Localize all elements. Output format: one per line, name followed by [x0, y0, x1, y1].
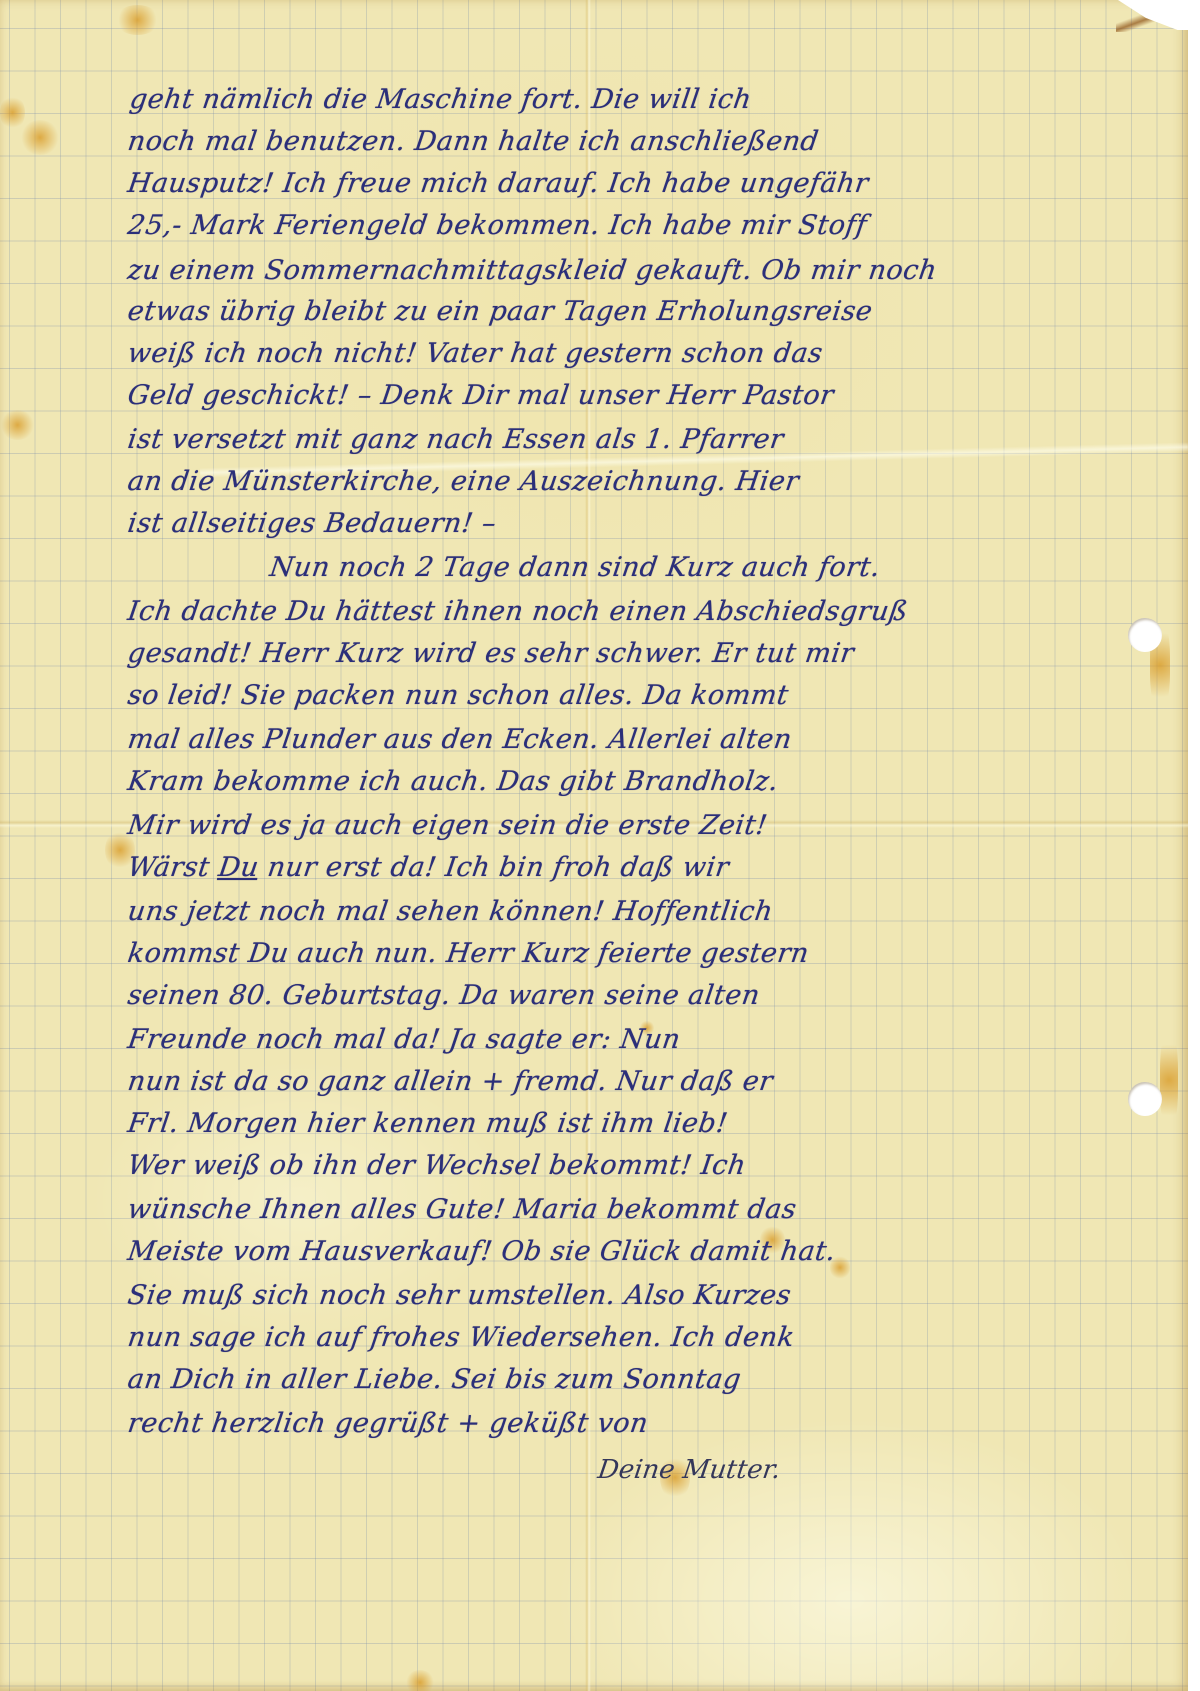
letter-line: seinen 80. Geburtstag. Da waren seine al… [126, 980, 762, 1011]
letter-line: Freunde noch mal da! Ja sagte er: Nun [126, 1024, 683, 1055]
letter-line: Wer weiß ob ihn der Wechsel bekommt! Ich [126, 1150, 748, 1181]
signature: Deine Mutter. [596, 1455, 783, 1485]
letter-line: so leid! Sie packen nun schon alles. Da … [126, 680, 791, 711]
underlined-word: Du [217, 852, 261, 883]
letter-line: Kram bekomme ich auch. Das gibt Brandhol… [126, 766, 781, 797]
letter-line-text: nur erst da! Ich bin froh daß wir [257, 852, 732, 883]
letter-line: nun sage ich auf frohes Wiedersehen. Ich… [126, 1322, 797, 1353]
letter-line: ist allseitiges Bedauern! – [126, 508, 499, 539]
letter-line: mal alles Plunder aus den Ecken. Allerle… [126, 724, 794, 755]
letter-line: nun ist da so ganz allein + fremd. Nur d… [126, 1066, 775, 1097]
letter-line: Sie muß sich noch sehr umstellen. Also K… [126, 1280, 793, 1311]
letter-line: etwas übrig bleibt zu ein paar Tagen Erh… [126, 296, 875, 327]
letter-line-underlined: Wärst Du nur erst da! Ich bin froh daß w… [126, 852, 731, 883]
paper-right-edge [1188, 0, 1200, 1691]
letter-line: Hausputz! Ich freue mich darauf. Ich hab… [126, 168, 871, 199]
letter-line: an Dich in aller Liebe. Sei bis zum Sonn… [126, 1364, 743, 1395]
letter-line: Meiste vom Hausverkauf! Ob sie Glück dam… [126, 1236, 838, 1267]
letter-line: Mir wird es ja auch eigen sein die erste… [126, 810, 770, 841]
letter-line: uns jetzt noch mal sehen können! Hoffent… [126, 896, 775, 927]
letter-line: 25,- Mark Feriengeld bekommen. Ich habe … [126, 210, 869, 241]
letter-line: ist versetzt mit ganz nach Essen als 1. … [126, 424, 786, 455]
letter-body: geht nämlich die Maschine fort. Die will… [0, 0, 1188, 1691]
letter-line: gesandt! Herr Kurz wird es sehr schwer. … [126, 638, 856, 669]
letter-line: zu einem Sommernachmittagskleid gekauft.… [126, 255, 939, 286]
letter-line: Frl. Morgen hier kennen muß ist ihm lieb… [126, 1108, 730, 1139]
letter-line: wünsche Ihnen alles Gute! Maria bekommt … [126, 1194, 799, 1225]
letter-line: kommst Du auch nun. Herr Kurz feierte ge… [126, 938, 811, 969]
letter-line: noch mal benutzen. Dann halte ich anschl… [126, 126, 821, 157]
letter-line-text: Wärst [126, 852, 221, 883]
letter-line: an die Münsterkirche, eine Auszeichnung.… [126, 466, 801, 497]
letter-line: Geld geschickt! – Denk Dir mal unser Her… [126, 380, 836, 411]
letter-line: geht nämlich die Maschine fort. Die will… [128, 84, 754, 115]
letter-line: weiß ich noch nicht! Vater hat gestern s… [126, 338, 825, 369]
letter-line: recht herzlich gegrüßt + geküßt von [126, 1408, 650, 1439]
letter-line: Ich dachte Du hättest ihnen noch einen A… [126, 596, 910, 627]
letter-line: Nun noch 2 Tage dann sind Kurz auch fort… [268, 552, 883, 583]
